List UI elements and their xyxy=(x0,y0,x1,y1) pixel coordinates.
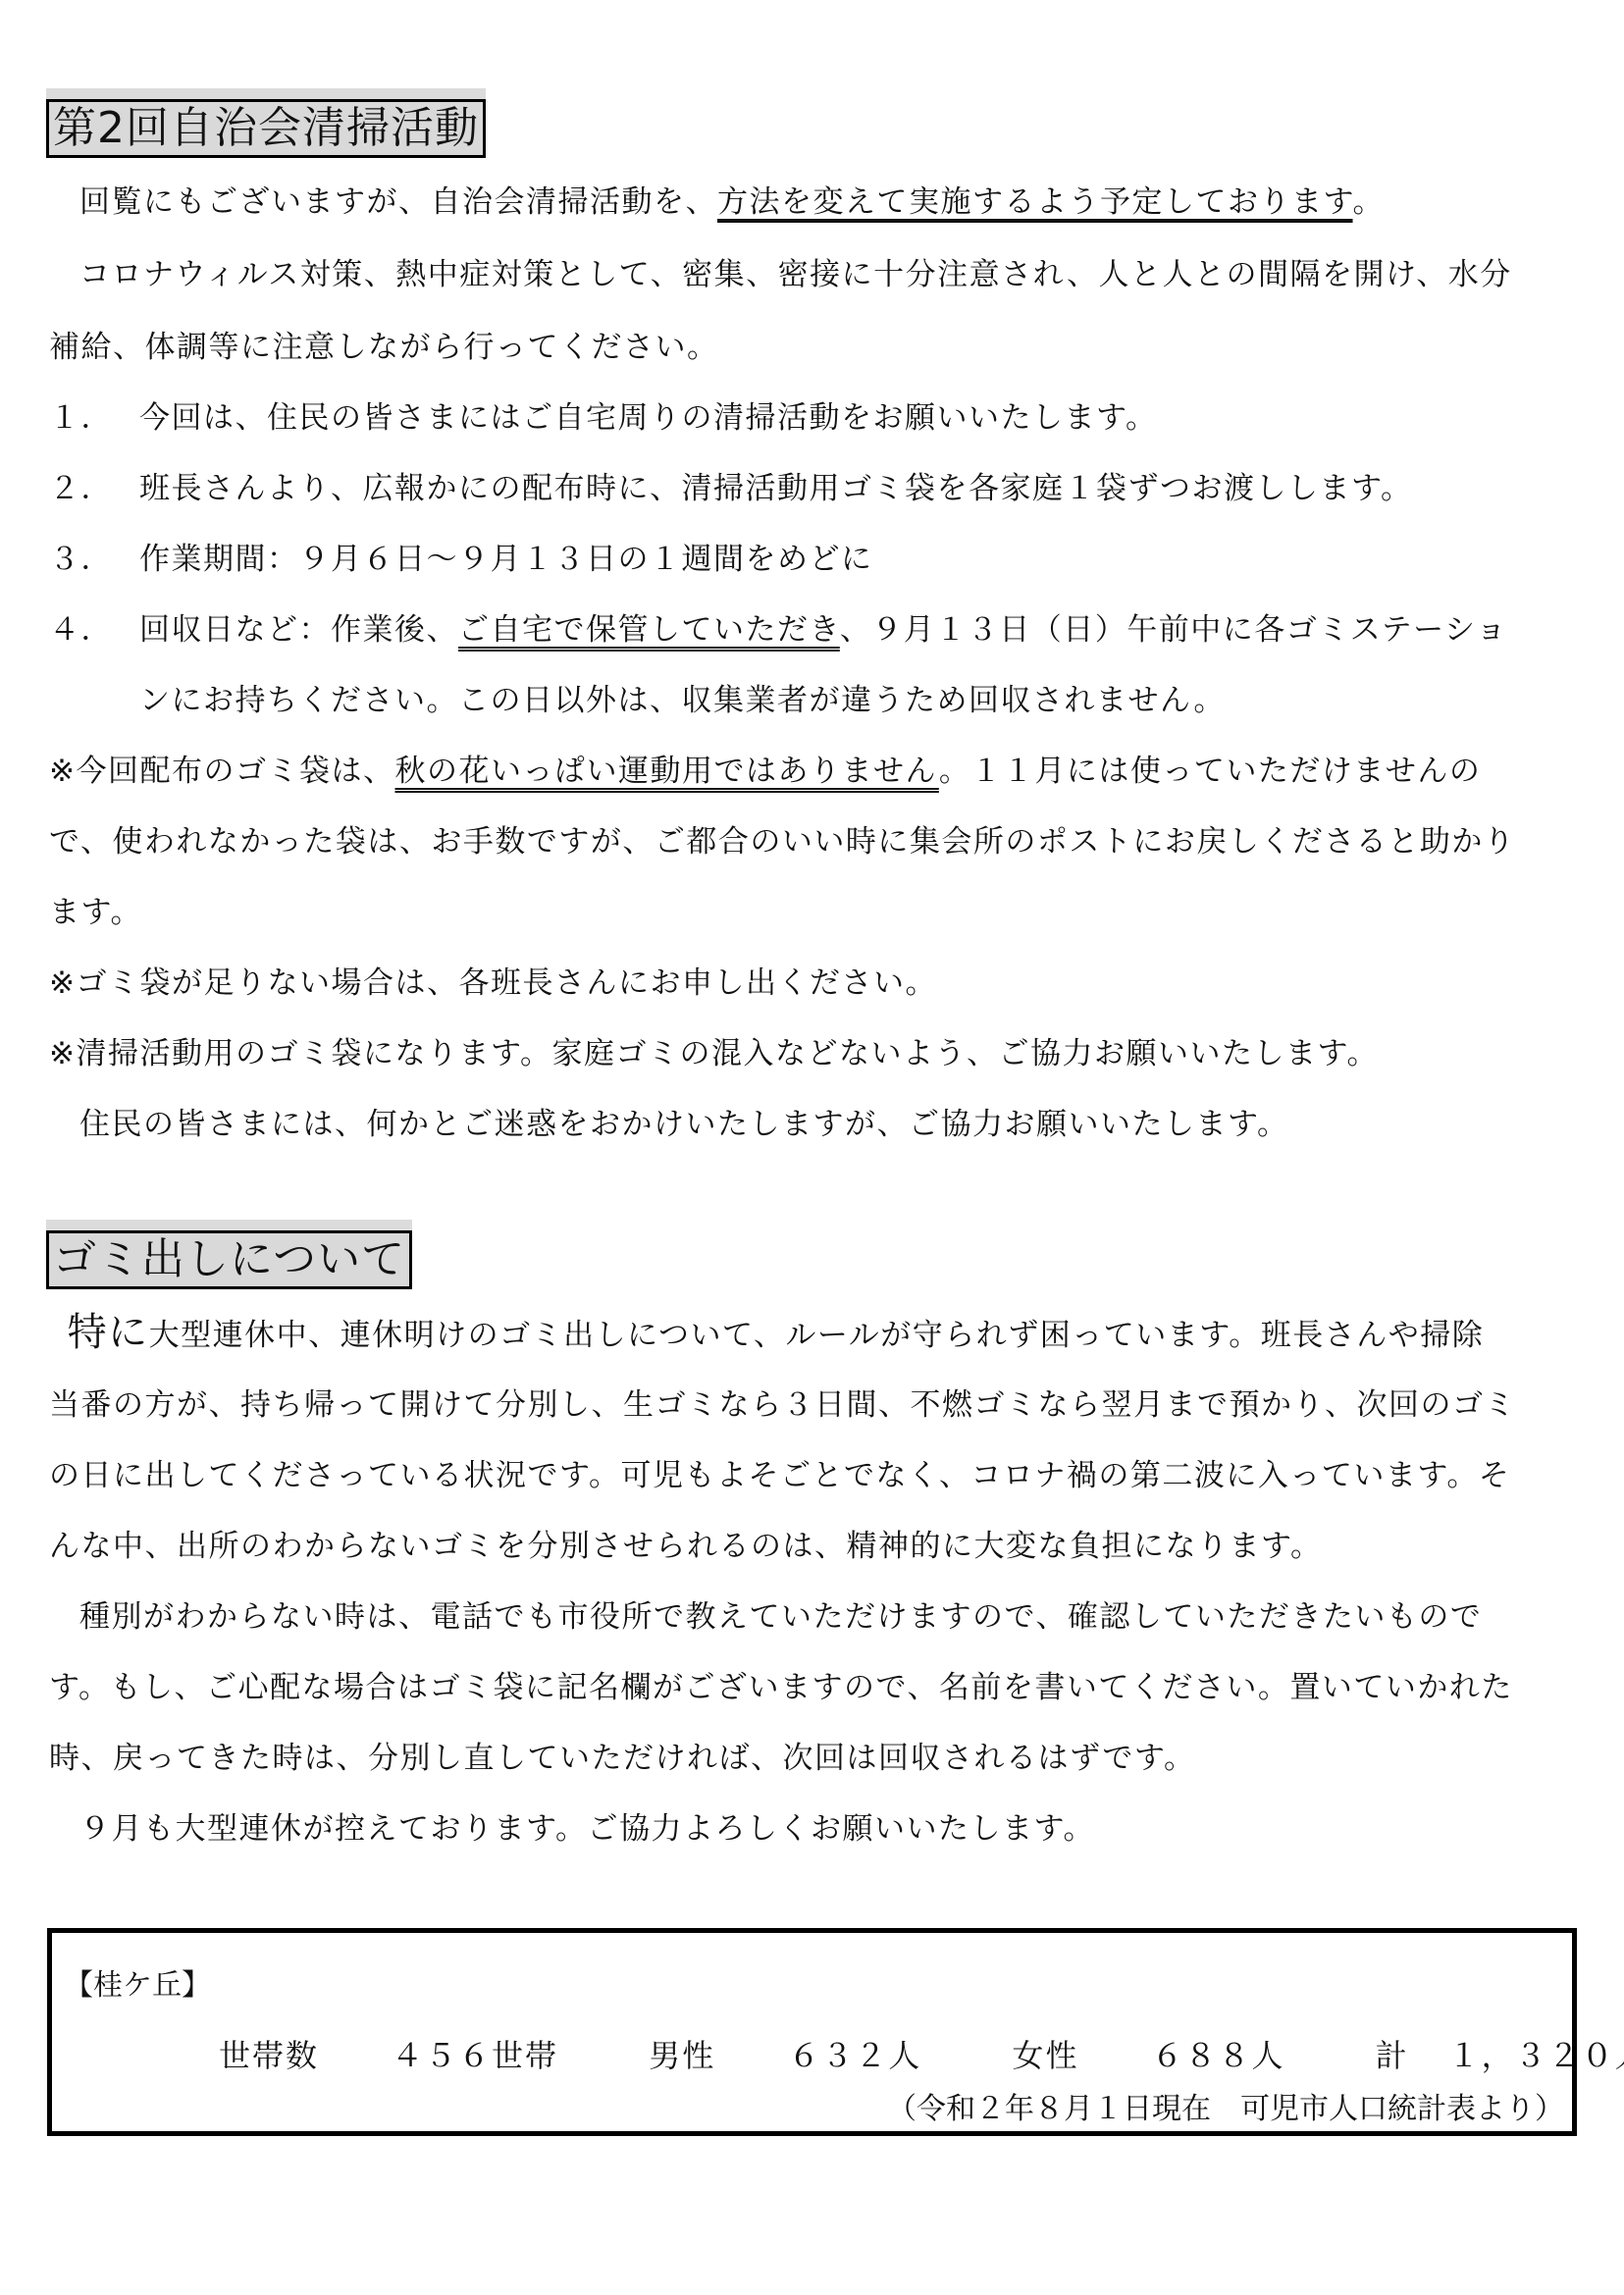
list-text: 回収日など：作業後、 xyxy=(139,612,458,648)
note2: ※ゴミ袋が足りない場合は、各班長さんにお申し出ください。 xyxy=(49,964,1580,1003)
total-label: 計 xyxy=(1376,2037,1409,2074)
section1-heading: 第2回自治会清掃活動 xyxy=(46,99,486,158)
list-item-4: ４．回収日など：作業後、ご自宅で保管していただき、９月１３日（日）午前中に各ゴミ… xyxy=(49,610,1580,650)
section2-para2-line1: 種別がわからない時は、電話でも市役所で教えていただけますので、確認していただきた… xyxy=(49,1597,1610,1637)
section1-intro: 回覧にもございますが、自治会清掃活動を、方法を変えて実施するよう予定しております… xyxy=(49,183,1610,222)
male-value: ６３２人 xyxy=(788,2037,921,2074)
area-name: 【桂ケ丘】 xyxy=(64,1960,211,2004)
intro-underlined-text: 方法を変えて実施するよう予定しております xyxy=(717,184,1353,220)
households-label: 世帯数 xyxy=(219,2037,319,2074)
newsletter-page: 第2回自治会清掃活動 回覧にもございますが、自治会清掃活動を、方法を変えて実施す… xyxy=(0,0,1624,2295)
list-item-2: ２．班長さんより、広報かにの配布時に、清掃活動用ゴミ袋を各家庭１袋ずつお渡ししま… xyxy=(49,469,1580,508)
section2-heading-block: ゴミ出しについて xyxy=(46,1220,412,1289)
section2-para1-line1: 特に大型連休中、連休明けのゴミ出しについて、ルールが守られず困っています。班長さ… xyxy=(49,1313,1598,1355)
total-stat: 計１，３２０人 xyxy=(1376,2037,1624,2074)
section2-para1-line4: んな中、出所のわからないゴミを分別させられるのは、精神的に大変な負担になります。 xyxy=(49,1527,1580,1566)
list-text: 作業期間：９月６日～９月１３日の１週間をめどに xyxy=(139,542,873,577)
heading-shadow-band xyxy=(46,1220,412,1230)
section2-para2-line2: す。もし、ご心配な場合はゴミ袋に記名欄がございますので、名前を書いてください。置… xyxy=(49,1668,1580,1707)
list-number: ３． xyxy=(49,540,139,579)
section2-heading: ゴミ出しについて xyxy=(46,1230,412,1289)
list-item-3: ３．作業期間：９月６日～９月１３日の１週間をめどに xyxy=(49,540,1580,579)
note3: ※清掃活動用のゴミ袋になります。家庭ゴミの混入などないよう、ご協力お願いいたしま… xyxy=(49,1034,1580,1073)
female-stat: 女性 ６８８人 xyxy=(1012,2037,1324,2074)
female-value: ６８８人 xyxy=(1151,2037,1284,2074)
list-underlined-text: ご自宅で保管していただき xyxy=(458,612,840,648)
heading-shadow-band xyxy=(46,88,486,99)
male-label: 男性 xyxy=(649,2037,715,2074)
para-text: 大型連休中、連休明けのゴミ出しについて、ルールが守られず困っています。班長さんや… xyxy=(149,1318,1485,1353)
population-stats-box: 【桂ケ丘】 世帯数 ４５６世帯 男性 ６３２人 女性 ６８８人 計１，３２０人 … xyxy=(47,1928,1577,2136)
list-text: 今回は、住民の皆さまにはご自宅周りの清掃活動をお願いいたします。 xyxy=(139,400,1158,436)
list-number: ２． xyxy=(49,469,139,508)
intro-suffix: 。 xyxy=(1353,184,1386,220)
list-item-4-continuation: ンにお持ちください。この日以外は、収集業者が違うため回収されません。 xyxy=(49,681,1624,720)
section1-para2-line1: コロナウィルス対策、熱中症対策として、密集、密接に十分注意され、人と人との間隔を… xyxy=(49,255,1610,294)
note1-line2: で、使われなかった袋は、お手数ですが、ご都合のいい時に集会所のポストにお戻しくだ… xyxy=(49,822,1580,861)
section2-para1-line2: 当番の方が、持ち帰って開けて分別し、生ゴミなら３日間、不燃ゴミなら翌月まで預かり… xyxy=(49,1385,1580,1425)
note-suffix: 。１１月には使っていただけませんの xyxy=(939,754,1482,789)
list-item-1: １．今回は、住民の皆さまにはご自宅周りの清掃活動をお願いいたします。 xyxy=(49,398,1580,438)
stats-source-note: （令和２年８月１日現在 可児市人口統計表より） xyxy=(887,2084,1564,2127)
section2-para1-line3: の日に出してくださっている状況です。可児もよそごとでなく、コロナ禍の第二波に入っ… xyxy=(49,1456,1580,1495)
note-underlined-text: 秋の花いっぱい運動用ではありません xyxy=(394,754,938,789)
note1-line3: ます。 xyxy=(49,893,1580,932)
emphasis-lead: 特に xyxy=(68,1310,149,1355)
note1-line1: ※今回配布のゴミ袋は、秋の花いっぱい運動用ではありません。１１月には使っていただ… xyxy=(49,752,1580,791)
households-value: ４５６世帯 xyxy=(392,2037,558,2074)
section2-para2-line3: 時、戻ってきた時は、分別し直していただければ、次回は回収されるはずです。 xyxy=(49,1739,1580,1778)
population-stats-row: 世帯数 ４５６世帯 男性 ６３２人 女性 ６８８人 計１，３２０人 xyxy=(219,2031,1624,2076)
intro-text: 回覧にもございますが、自治会清掃活動を、 xyxy=(79,184,717,220)
list-text: 班長さんより、広報かにの配布時に、清掃活動用ゴミ袋を各家庭１袋ずつお渡しします。 xyxy=(139,471,1413,506)
section1-closing: 住民の皆さまには、何かとご迷惑をおかけいたしますが、ご協力お願いいたします。 xyxy=(49,1105,1610,1144)
list-text-suffix: 、９月１３日（日）午前中に各ゴミステーショ xyxy=(840,612,1508,648)
section1-para2-line2: 補給、体調等に注意しながら行ってください。 xyxy=(49,328,1580,367)
note-text: ※今回配布のゴミ袋は、 xyxy=(49,754,394,789)
male-stat: 男性 ６３２人 xyxy=(649,2037,961,2074)
list-number: ４． xyxy=(49,610,139,650)
list-number: １． xyxy=(49,398,139,438)
female-label: 女性 xyxy=(1012,2037,1078,2074)
total-value: １，３２０人 xyxy=(1448,2037,1624,2074)
households-stat: 世帯数 ４５６世帯 xyxy=(219,2037,598,2074)
section1-heading-block: 第2回自治会清掃活動 xyxy=(46,88,486,158)
section2-para3: ９月も大型連休が控えております。ご協力よろしくお願いいたします。 xyxy=(49,1809,1610,1849)
